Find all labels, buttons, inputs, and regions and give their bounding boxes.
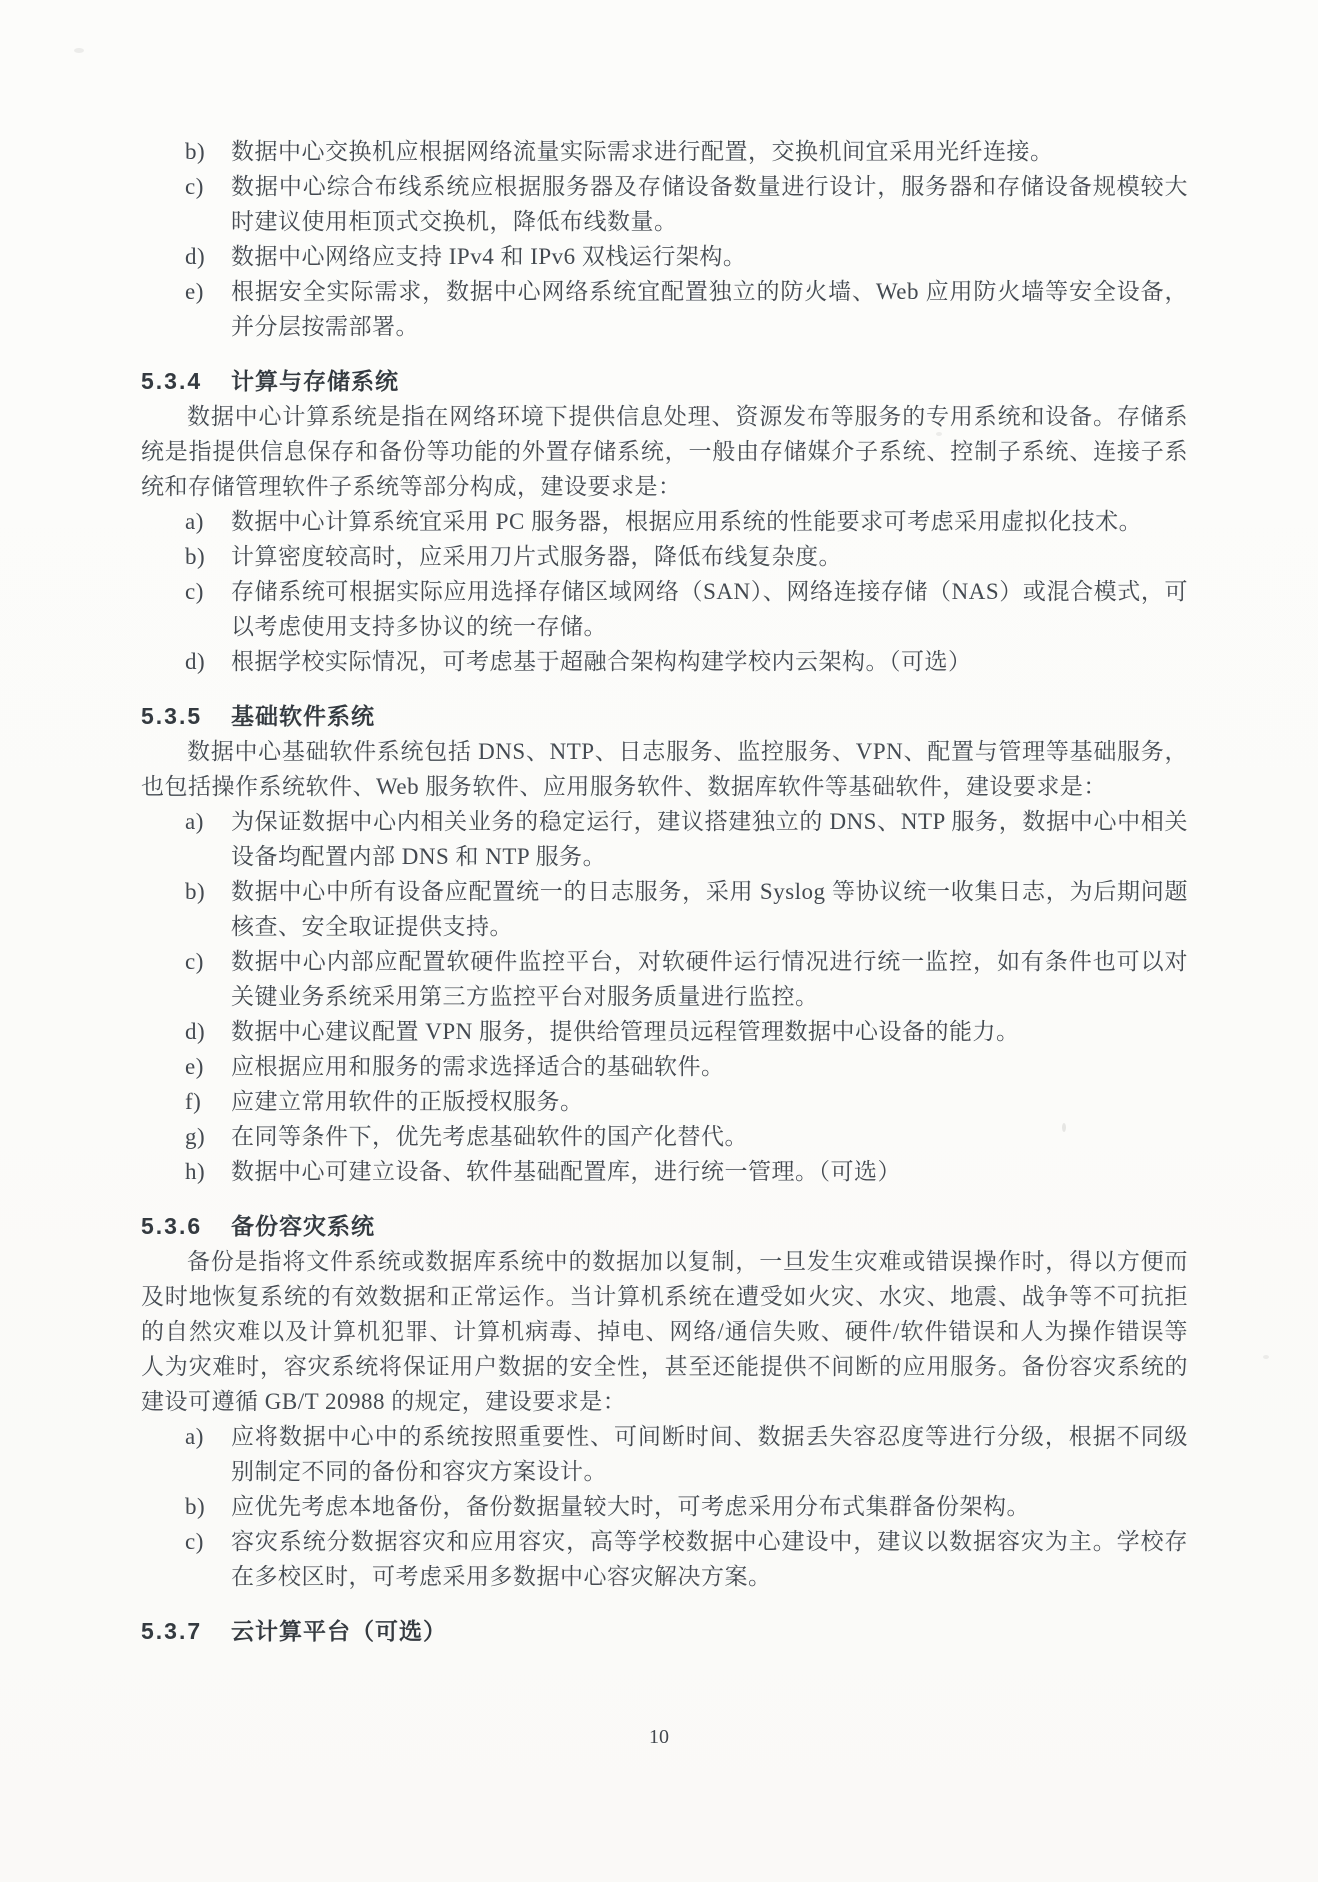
list-item-label: b) xyxy=(185,134,231,169)
list-item: d) 数据中心建议配置 VPN 服务，提供给管理员远程管理数据中心设备的能力。 xyxy=(141,1014,1188,1049)
section-heading: 5.3.7云计算平台（可选） xyxy=(141,1614,1188,1649)
list-item-label: b) xyxy=(185,539,231,574)
list-item-text: 数据中心计算系统宜采用 PC 服务器，根据应用系统的性能要求可考虑采用虚拟化技术… xyxy=(231,504,1188,539)
list-item: g) 在同等条件下，优先考虑基础软件的国产化替代。 xyxy=(141,1119,1188,1154)
list-item: b) 应优先考虑本地备份，备份数据量较大时，可考虑采用分布式集群备份架构。 xyxy=(141,1489,1188,1524)
section-5-3-6: 5.3.6备份容灾系统 备份是指将文件系统或数据库系统中的数据加以复制，一旦发生… xyxy=(141,1209,1188,1594)
section-5-3-5: 5.3.5基础软件系统 数据中心基础软件系统包括 DNS、NTP、日志服务、监控… xyxy=(141,699,1188,1189)
scan-artifact xyxy=(74,48,84,53)
list-item-label: g) xyxy=(185,1119,231,1154)
list-item-label: c) xyxy=(185,944,231,1014)
list-item-text: 为保证数据中心内相关业务的稳定运行，建议搭建独立的 DNS、NTP 服务，数据中… xyxy=(231,804,1188,874)
list-item-label: h) xyxy=(185,1154,231,1189)
section-number: 5.3.5 xyxy=(141,699,203,734)
section-number: 5.3.6 xyxy=(141,1209,203,1244)
list-item-label: d) xyxy=(185,1014,231,1049)
section-list: a) 应将数据中心中的系统按照重要性、可间断时间、数据丢失容忍度等进行分级，根据… xyxy=(141,1419,1188,1594)
section-heading: 5.3.4计算与存储系统 xyxy=(141,364,1188,399)
list-item-label: f) xyxy=(185,1084,231,1119)
list-item: h) 数据中心可建立设备、软件基础配置库，进行统一管理。（可选） xyxy=(141,1154,1188,1189)
list-item-label: e) xyxy=(185,274,231,344)
list-item: b) 数据中心中所有设备应配置统一的日志服务，采用 Syslog 等协议统一收集… xyxy=(141,874,1188,944)
list-item-text: 数据中心可建立设备、软件基础配置库，进行统一管理。（可选） xyxy=(231,1154,1188,1189)
list-item-text: 数据中心内部应配置软硬件监控平台，对软硬件运行情况进行统一监控，如有条件也可以对… xyxy=(231,944,1188,1014)
list-item-label: b) xyxy=(185,1489,231,1524)
section-number: 5.3.7 xyxy=(141,1614,203,1649)
list-item-text: 计算密度较高时，应采用刀片式服务器，降低布线复杂度。 xyxy=(231,539,1188,574)
list-item: f) 应建立常用软件的正版授权服务。 xyxy=(141,1084,1188,1119)
list-item-label: a) xyxy=(185,1419,231,1489)
section-title: 计算与存储系统 xyxy=(231,368,399,394)
list-item: c) 数据中心内部应配置软硬件监控平台，对软硬件运行情况进行统一监控，如有条件也… xyxy=(141,944,1188,1014)
list-item-label: c) xyxy=(185,574,231,644)
list-item: c) 存储系统可根据实际应用选择存储区域网络（SAN）、网络连接存储（NAS）或… xyxy=(141,574,1188,644)
list-item: a) 应将数据中心中的系统按照重要性、可间断时间、数据丢失容忍度等进行分级，根据… xyxy=(141,1419,1188,1489)
section-5-3-7: 5.3.7云计算平台（可选） xyxy=(141,1614,1188,1649)
list-item-text: 容灾系统分数据容灾和应用容灾，高等学校数据中心建设中，建议以数据容灾为主。学校存… xyxy=(231,1524,1188,1594)
list-item-label: c) xyxy=(185,169,231,239)
section-list: a) 数据中心计算系统宜采用 PC 服务器，根据应用系统的性能要求可考虑采用虚拟… xyxy=(141,504,1188,679)
list-item-text: 根据学校实际情况，可考虑基于超融合架构构建学校内云架构。（可选） xyxy=(231,644,1188,679)
page-number: 10 xyxy=(0,1726,1318,1749)
section-heading: 5.3.6备份容灾系统 xyxy=(141,1209,1188,1244)
section-number: 5.3.4 xyxy=(141,364,203,399)
list-item: a) 数据中心计算系统宜采用 PC 服务器，根据应用系统的性能要求可考虑采用虚拟… xyxy=(141,504,1188,539)
document-page: b) 数据中心交换机应根据网络流量实际需求进行配置，交换机间宜采用光纤连接。 c… xyxy=(0,0,1318,1882)
list-item: c) 容灾系统分数据容灾和应用容灾，高等学校数据中心建设中，建议以数据容灾为主。… xyxy=(141,1524,1188,1594)
list-item-label: b) xyxy=(185,874,231,944)
list-item: b) 数据中心交换机应根据网络流量实际需求进行配置，交换机间宜采用光纤连接。 xyxy=(141,134,1188,169)
continued-list: b) 数据中心交换机应根据网络流量实际需求进行配置，交换机间宜采用光纤连接。 c… xyxy=(141,134,1188,344)
list-item: e) 根据安全实际需求，数据中心网络系统宜配置独立的防火墙、Web 应用防火墙等… xyxy=(141,274,1188,344)
scan-artifact xyxy=(1263,1355,1269,1359)
list-item-text: 应优先考虑本地备份，备份数据量较大时，可考虑采用分布式集群备份架构。 xyxy=(231,1489,1188,1524)
list-item-text: 根据安全实际需求，数据中心网络系统宜配置独立的防火墙、Web 应用防火墙等安全设… xyxy=(231,274,1188,344)
list-item: c) 数据中心综合布线系统应根据服务器及存储设备数量进行设计，服务器和存储设备规… xyxy=(141,169,1188,239)
section-title: 基础软件系统 xyxy=(231,703,375,729)
list-item-label: a) xyxy=(185,804,231,874)
section-paragraph: 备份是指将文件系统或数据库系统中的数据加以复制，一旦发生灾难或错误操作时，得以方… xyxy=(141,1244,1188,1419)
list-item-text: 存储系统可根据实际应用选择存储区域网络（SAN）、网络连接存储（NAS）或混合模… xyxy=(231,574,1188,644)
list-item-text: 数据中心交换机应根据网络流量实际需求进行配置，交换机间宜采用光纤连接。 xyxy=(231,134,1188,169)
section-heading: 5.3.5基础软件系统 xyxy=(141,699,1188,734)
list-item: a) 为保证数据中心内相关业务的稳定运行，建议搭建独立的 DNS、NTP 服务，… xyxy=(141,804,1188,874)
section-paragraph: 数据中心基础软件系统包括 DNS、NTP、日志服务、监控服务、VPN、配置与管理… xyxy=(141,734,1188,804)
list-item-text: 应将数据中心中的系统按照重要性、可间断时间、数据丢失容忍度等进行分级，根据不同级… xyxy=(231,1419,1188,1489)
list-item: e) 应根据应用和服务的需求选择适合的基础软件。 xyxy=(141,1049,1188,1084)
list-item-label: c) xyxy=(185,1524,231,1594)
list-item-text: 在同等条件下，优先考虑基础软件的国产化替代。 xyxy=(231,1119,1188,1154)
list-item-text: 应建立常用软件的正版授权服务。 xyxy=(231,1084,1188,1119)
list-item-text: 应根据应用和服务的需求选择适合的基础软件。 xyxy=(231,1049,1188,1084)
list-item: b) 计算密度较高时，应采用刀片式服务器，降低布线复杂度。 xyxy=(141,539,1188,574)
section-title: 云计算平台（可选） xyxy=(231,1618,447,1644)
list-item: d) 数据中心网络应支持 IPv4 和 IPv6 双栈运行架构。 xyxy=(141,239,1188,274)
list-item-text: 数据中心中所有设备应配置统一的日志服务，采用 Syslog 等协议统一收集日志，… xyxy=(231,874,1188,944)
section-5-3-4: 5.3.4计算与存储系统 数据中心计算系统是指在网络环境下提供信息处理、资源发布… xyxy=(141,364,1188,679)
list-item-label: e) xyxy=(185,1049,231,1084)
page-content: b) 数据中心交换机应根据网络流量实际需求进行配置，交换机间宜采用光纤连接。 c… xyxy=(141,134,1188,1649)
list-item: d) 根据学校实际情况，可考虑基于超融合架构构建学校内云架构。（可选） xyxy=(141,644,1188,679)
list-item-label: d) xyxy=(185,644,231,679)
section-list: a) 为保证数据中心内相关业务的稳定运行，建议搭建独立的 DNS、NTP 服务，… xyxy=(141,804,1188,1189)
section-paragraph: 数据中心计算系统是指在网络环境下提供信息处理、资源发布等服务的专用系统和设备。存… xyxy=(141,399,1188,504)
list-item-label: a) xyxy=(185,504,231,539)
list-item-text: 数据中心建议配置 VPN 服务，提供给管理员远程管理数据中心设备的能力。 xyxy=(231,1014,1188,1049)
list-item-text: 数据中心网络应支持 IPv4 和 IPv6 双栈运行架构。 xyxy=(231,239,1188,274)
list-item-text: 数据中心综合布线系统应根据服务器及存储设备数量进行设计，服务器和存储设备规模较大… xyxy=(231,169,1188,239)
list-item-label: d) xyxy=(185,239,231,274)
section-title: 备份容灾系统 xyxy=(231,1213,375,1239)
